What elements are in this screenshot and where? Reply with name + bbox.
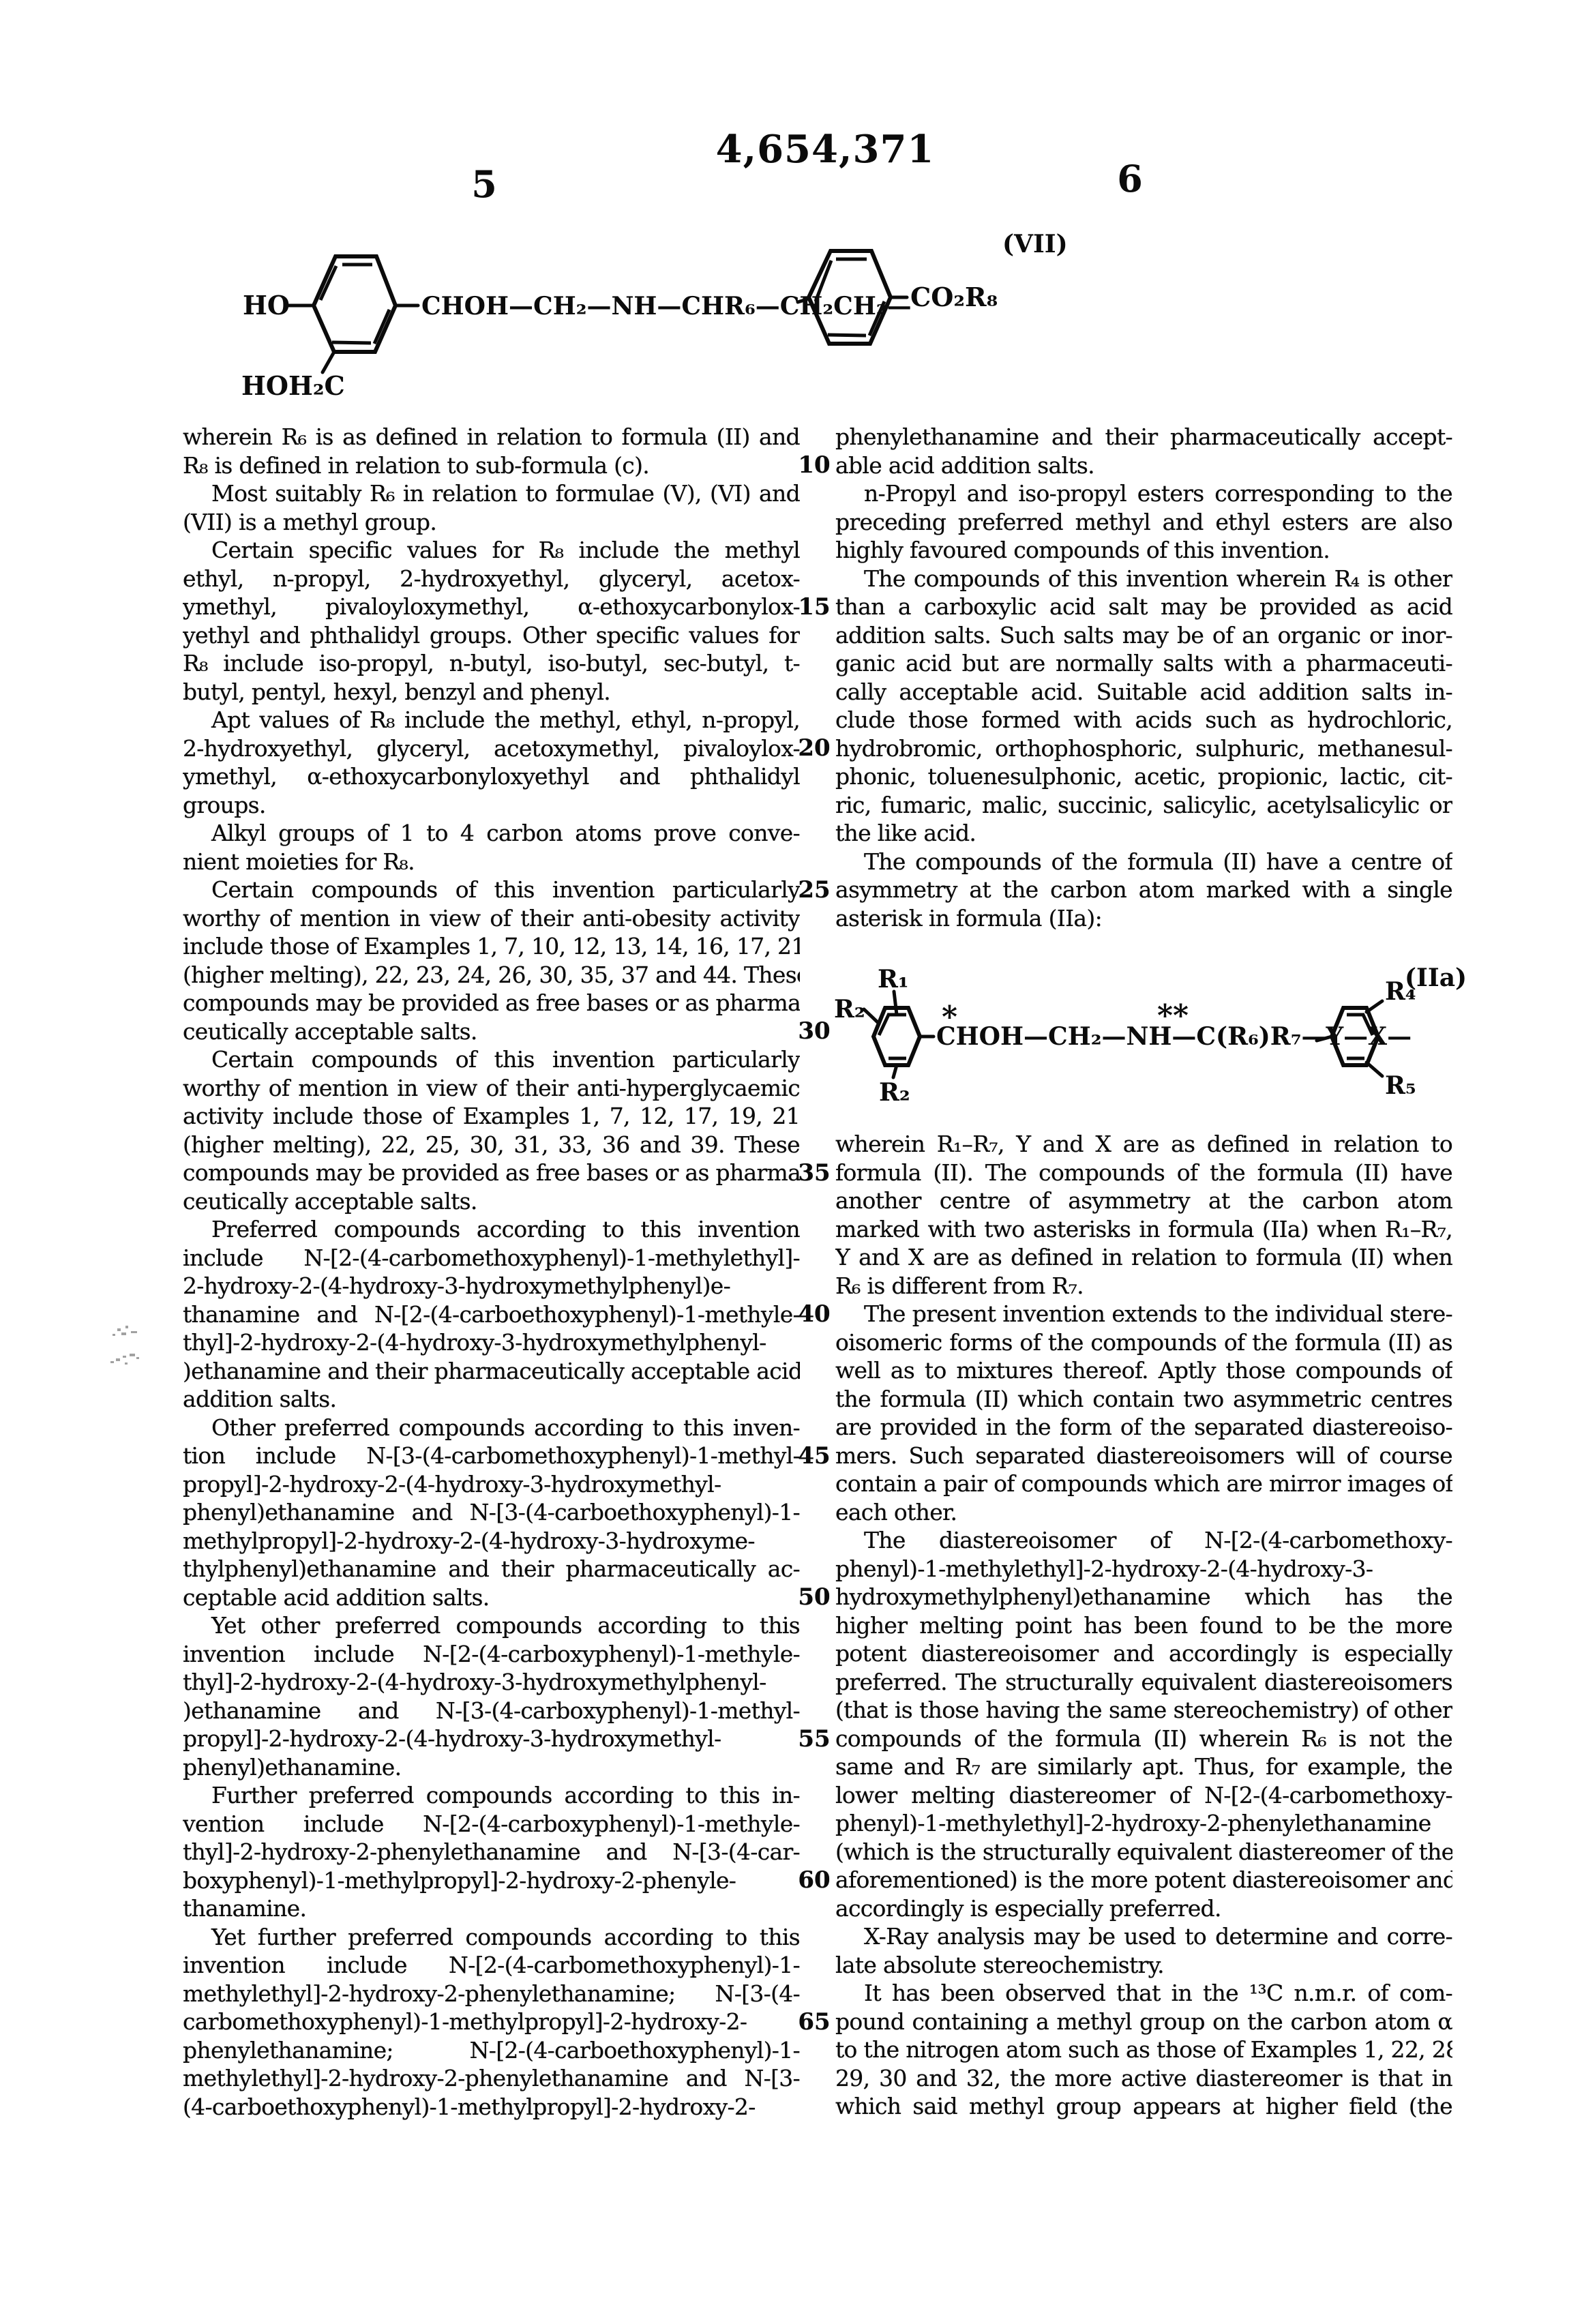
formula-vii-label: (VII): [1002, 230, 1068, 258]
formula-iia-chain: CHOH—CH₂—NH—C(R₆)R₇—Y—X—: [936, 1022, 1412, 1051]
text-line: compounds may be provided as free bases …: [183, 1159, 800, 1187]
text-line: marked with two asterisks in formula (II…: [835, 1215, 1452, 1244]
text-line: The compounds of this invention wherein …: [835, 565, 1452, 593]
text-line: Preferred compounds according to this in…: [183, 1215, 800, 1244]
text-line: n-Propyl and iso-propyl esters correspon…: [835, 479, 1452, 508]
text-line: butyl, pentyl, hexyl, benzyl and phenyl.: [183, 678, 800, 706]
double-bond-tick: [828, 335, 866, 336]
line-number: 15: [790, 593, 839, 621]
text-line: The diastereoisomer of N-[2-(4-carbometh…: [835, 1526, 1452, 1555]
text-line: Alkyl groups of 1 to 4 carbon atoms prov…: [183, 819, 800, 848]
text-line: Certain compounds of this invention part…: [183, 876, 800, 904]
bond: [1367, 1001, 1382, 1012]
bond: [864, 1009, 878, 1022]
text-line: methylethyl]-2-hydroxy-2-phenylethanamin…: [183, 2064, 800, 2093]
text-line: phenyl)-1-methylethyl]-2-hydroxy-2-pheny…: [835, 1809, 1452, 1838]
patent-page: 4,654,371 5 6 (VII) HO HOH₂C CHOH—CH₂—NH…: [0, 0, 1582, 2324]
text-line: )ethanamine and N-[3-(4-carboxyphenyl)-1…: [183, 1697, 800, 1725]
text-line: activity include those of Examples 1, 7,…: [183, 1102, 800, 1131]
text-line: X-Ray analysis may be used to determine …: [835, 1922, 1452, 1951]
text-line: compounds may be provided as free bases …: [183, 989, 800, 1017]
text-line: higher melting point has been found to b…: [835, 1611, 1452, 1640]
text-line: Other preferred compounds according to t…: [183, 1414, 800, 1442]
text-line: which said methyl group appears at highe…: [835, 2092, 1452, 2121]
text-line: lower melting diastereomer of N-[2-(4-ca…: [835, 1781, 1452, 1810]
text-line: preferred. The structurally equivalent d…: [835, 1668, 1452, 1697]
text-line: phenyl)-1-methylethyl]-2-hydroxy-2-(4-hy…: [835, 1555, 1452, 1583]
text-line: aforementioned) is the more potent diast…: [835, 1866, 1452, 1894]
text-line: formula (II). The compounds of the formu…: [835, 1159, 1452, 1187]
text-line: Certain specific values for R₈ include t…: [183, 536, 800, 565]
text-line: cally acceptable acid. Suitable acid add…: [835, 678, 1452, 706]
text-line: The present invention extends to the ind…: [835, 1300, 1452, 1328]
text-line: R₈ include iso-propyl, n-butyl, iso-buty…: [183, 649, 800, 678]
text-line: The compounds of the formula (II) have a…: [835, 848, 1452, 876]
column-6-text-upper: phenylethanamine and their pharmaceutica…: [835, 423, 1452, 932]
text-line: ceutically acceptable salts.: [183, 1187, 800, 1216]
text-line: Yet other preferred compounds according …: [183, 1611, 800, 1640]
text-line: hydrobromic, orthophosphoric, sulphuric,…: [835, 734, 1452, 763]
text-line: 29, 30 and 32, the more active diastereo…: [835, 2064, 1452, 2093]
column-6-text-lower: wherein R₁–R₇, Y and X are as defined in…: [835, 1130, 1452, 2121]
text-line: ethyl, n-propyl, 2-hydroxyethyl, glycery…: [183, 565, 800, 593]
text-line: methylethyl]-2-hydroxy-2-phenylethanamin…: [183, 1980, 800, 2008]
text-line: thanamine.: [183, 1894, 800, 1923]
text-line: able acid addition salts.: [835, 451, 1452, 480]
text-line: include those of Examples 1, 7, 10, 12, …: [183, 932, 800, 961]
bond: [1367, 1062, 1382, 1076]
benzene-ring-left: [314, 256, 395, 352]
line-number: 40: [790, 1300, 839, 1328]
bond: [894, 992, 897, 1015]
formula-vii-co2r8-label: CO₂R₈: [910, 282, 998, 312]
text-line: worthy of mention in view of their anti-…: [183, 1074, 800, 1103]
text-line: mers. Such separated diastereoisomers wi…: [835, 1442, 1452, 1470]
text-line: thyl]-2-hydroxy-2-phenylethanamine and N…: [183, 1838, 800, 1866]
text-line: ceutically acceptable salts.: [183, 1017, 800, 1046]
text-line: contain a pair of compounds which are mi…: [835, 1470, 1452, 1498]
text-line: ric, fumaric, malic, succinic, salicylic…: [835, 791, 1452, 820]
text-line: wherein R₁–R₇, Y and X are as defined in…: [835, 1130, 1452, 1159]
text-line: (4-carboethoxyphenyl)-1-methylpropyl]-2-…: [183, 2093, 800, 2121]
text-line: propyl]-2-hydroxy-2-(4-hydroxy-3-hydroxy…: [183, 1725, 800, 1753]
text-line: accordingly is especially preferred.: [835, 1894, 1452, 1923]
text-line: ganic acid but are normally salts with a…: [835, 649, 1452, 678]
text-line: )ethanamine and their pharmaceutically a…: [183, 1357, 800, 1386]
text-line: (higher melting), 22, 25, 30, 31, 33, 36…: [183, 1131, 800, 1159]
column-number-left: 5: [450, 162, 518, 206]
text-line: It has been observed that in the ¹³C n.m…: [835, 1979, 1452, 2008]
column-5-text: wherein R₆ is as defined in relation to …: [183, 423, 800, 2121]
line-number: 45: [790, 1442, 839, 1470]
text-line: yethyl and phthalidyl groups. Other spec…: [183, 621, 800, 650]
text-line: (higher melting), 22, 23, 24, 26, 30, 35…: [183, 961, 800, 989]
text-line: preceding preferred methyl and ethyl est…: [835, 508, 1452, 537]
text-line: (VII) is a methyl group.: [183, 508, 800, 537]
text-line: propyl]-2-hydroxy-2-(4-hydroxy-3-hydroxy…: [183, 1470, 800, 1499]
formula-vii-hoh2c-label: HOH₂C: [241, 370, 345, 401]
text-line: 2-hydroxyethyl, glyceryl, acetoxymethyl,…: [183, 734, 800, 763]
text-line: R₈ is defined in relation to sub-formula…: [183, 451, 800, 480]
formula-vii-ho-label: HO: [243, 290, 290, 321]
text-line: wherein R₆ is as defined in relation to …: [183, 423, 800, 451]
line-number: 50: [790, 1583, 839, 1611]
text-line: vention include N-[2-(4-carboxyphenyl)-1…: [183, 1810, 800, 1838]
margin-smudge: [102, 1316, 164, 1377]
text-line: Most suitably R₆ in relation to formulae…: [183, 479, 800, 508]
text-line: addition salts.: [183, 1385, 800, 1414]
text-line: highly favoured compounds of this invent…: [835, 536, 1452, 565]
text-line: phenylethanamine and their pharmaceutica…: [835, 423, 1452, 451]
text-line: to the nitrogen atom such as those of Ex…: [835, 2036, 1452, 2064]
text-line: Further preferred compounds according to…: [183, 1781, 800, 1810]
text-line: same and R₇ are similarly apt. Thus, for…: [835, 1753, 1452, 1781]
text-line: invention include N-[2-(4-carbomethoxyph…: [183, 1951, 800, 1980]
text-line: Apt values of R₈ include the methyl, eth…: [183, 706, 800, 734]
text-line: phenyl)ethanamine and N-[3-(4-carboethox…: [183, 1498, 800, 1527]
line-number: 35: [790, 1159, 839, 1187]
text-line: compounds of the formula (II) wherein R₆…: [835, 1725, 1452, 1753]
text-line: thyl]-2-hydroxy-2-(4-hydroxy-3-hydroxyme…: [183, 1668, 800, 1697]
text-line: ymethyl, pivaloyloxymethyl, α-ethoxycarb…: [183, 593, 800, 621]
column-number-right: 6: [1096, 157, 1164, 200]
text-line: groups.: [183, 791, 800, 820]
line-number: 25: [790, 876, 839, 904]
text-line: oisomeric forms of the compounds of the …: [835, 1328, 1452, 1357]
text-line: Yet further preferred compounds accordin…: [183, 1923, 800, 1952]
text-line: boxyphenyl)-1-methylpropyl]-2-hydroxy-2-…: [183, 1866, 800, 1895]
formula-iia-r4-label: R₄: [1385, 977, 1416, 1006]
text-line: late absolute stereochemistry.: [835, 1951, 1452, 1980]
text-line: asymmetry at the carbon atom marked with…: [835, 876, 1452, 904]
text-line: ceptable acid addition salts.: [183, 1583, 800, 1612]
text-line: (that is those having the same stereoche…: [835, 1696, 1452, 1725]
text-line: ymethyl, α-ethoxycarbonyloxyethyl and ph…: [183, 762, 800, 791]
text-line: Certain compounds of this invention part…: [183, 1045, 800, 1074]
text-line: the like acid.: [835, 819, 1452, 848]
line-number: 10: [790, 451, 839, 479]
formula-iia-r5-label: R₅: [1385, 1071, 1416, 1100]
text-line: 2-hydroxy-2-(4-hydroxy-3-hydroxymethylph…: [183, 1272, 800, 1300]
text-line: are provided in the form of the separate…: [835, 1413, 1452, 1442]
text-line: thyl]-2-hydroxy-2-(4-hydroxy-3-hydroxyme…: [183, 1328, 800, 1357]
text-line: phenylethanamine; N-[2-(4-carboethoxyphe…: [183, 2036, 800, 2065]
text-line: R₆ is different from R₇.: [835, 1272, 1452, 1300]
text-line: addition salts. Such salts may be of an …: [835, 621, 1452, 650]
benzene-ring-left: [874, 1008, 920, 1065]
text-line: Y and X are as defined in relation to fo…: [835, 1243, 1452, 1272]
text-line: include N-[2-(4-carbomethoxyphenyl)-1-me…: [183, 1244, 800, 1272]
text-line: methylpropyl]-2-hydroxy-2-(4-hydroxy-3-h…: [183, 1527, 800, 1555]
patent-number: 4,654,371: [689, 127, 961, 172]
formula-iia-structure: (IIa) R₁ R₂ R₂ * ** CHOH—CH₂—NH—C(R₆)R₇—…: [829, 955, 1469, 1132]
text-line: phonic, toluenesulphonic, acetic, propio…: [835, 762, 1452, 791]
text-line: thanamine and N-[2-(4-carboethoxyphenyl)…: [183, 1300, 800, 1329]
text-line: clude those formed with acids such as hy…: [835, 706, 1452, 734]
text-line: (which is the structurally equivalent di…: [835, 1838, 1452, 1866]
text-line: worthy of mention in view of their anti-…: [183, 904, 800, 933]
line-number: 30: [790, 1017, 839, 1045]
bond: [323, 352, 334, 372]
text-line: the formula (II) which contain two asymm…: [835, 1385, 1452, 1414]
text-line: invention include N-[2-(4-carboxyphenyl)…: [183, 1640, 800, 1669]
text-line: each other.: [835, 1498, 1452, 1527]
text-line: another centre of asymmetry at the carbo…: [835, 1187, 1452, 1215]
line-number: 20: [790, 734, 839, 762]
line-number: 55: [790, 1725, 839, 1753]
formula-iia-r2-lower-label: R₂: [879, 1078, 910, 1107]
formula-vii-structure: (VII) HO HOH₂C CHOH—CH₂—NH—CHR₆—CH₂CH₂— …: [225, 225, 1077, 416]
line-number: 65: [790, 2008, 839, 2036]
text-line: tion include N-[3-(4-carbomethoxyphenyl)…: [183, 1442, 800, 1470]
text-line: hydroxymethylphenyl)ethanamine which has…: [835, 1583, 1452, 1611]
line-number: 60: [790, 1866, 839, 1894]
text-line: carbomethoxyphenyl)-1-methylpropyl]-2-hy…: [183, 2008, 800, 2036]
text-line: asterisk in formula (IIa):: [835, 904, 1452, 933]
double-bond-tick: [332, 342, 371, 343]
text-line: than a carboxylic acid salt may be provi…: [835, 593, 1452, 621]
formula-vii-chain: CHOH—CH₂—NH—CHR₆—CH₂CH₂—: [421, 292, 912, 321]
text-line: pound containing a methyl group on the c…: [835, 2008, 1452, 2036]
formula-iia-r1-label: R₁: [878, 965, 909, 994]
text-line: nient moieties for R₈.: [183, 848, 800, 876]
text-line: thylphenyl)ethanamine and their pharmace…: [183, 1555, 800, 1583]
text-line: phenyl)ethanamine.: [183, 1753, 800, 1782]
text-line: potent diastereoisomer and accordingly i…: [835, 1639, 1452, 1668]
text-line: well as to mixtures thereof. Aptly those…: [835, 1356, 1452, 1385]
